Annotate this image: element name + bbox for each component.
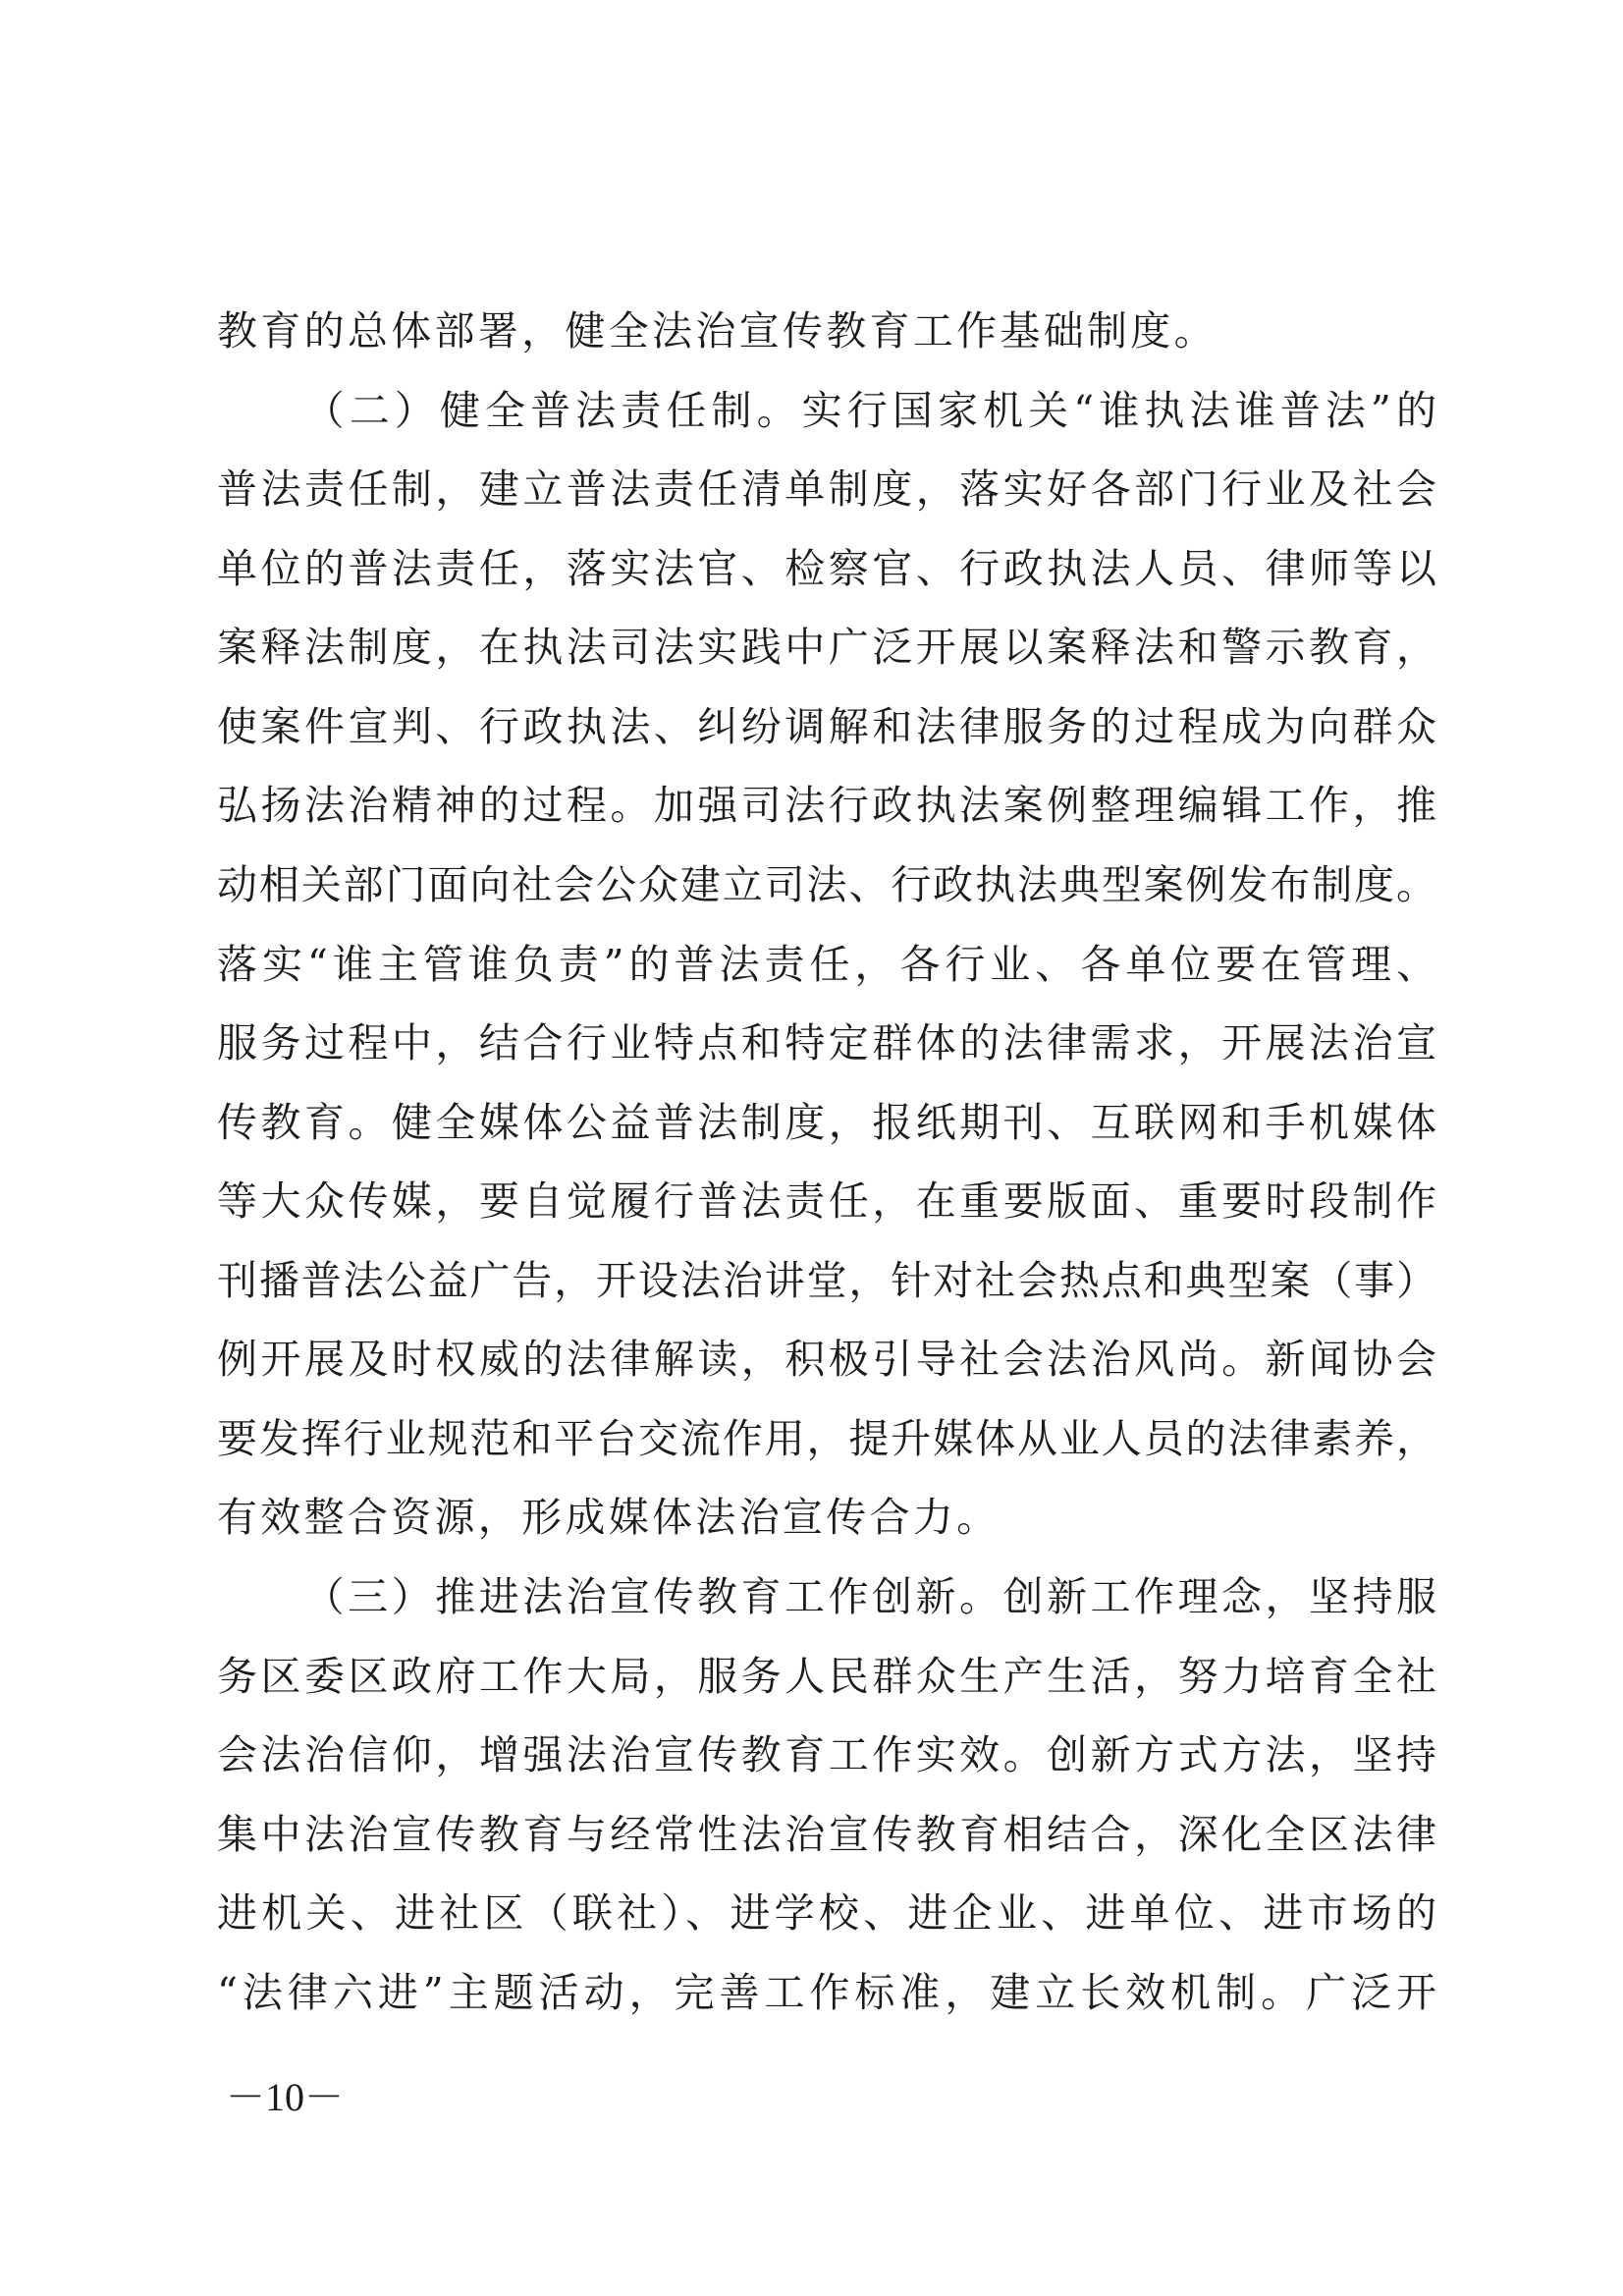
text-line: 使案件宣判、行政执法、纠纷调解和法律服务的过程成为向群众: [217, 687, 1436, 767]
text-line: 会法治信仰，增强法治宣传教育工作实效。创新方式方法，坚持: [217, 1716, 1436, 1795]
text-line: 传教育。健全媒体公益普法制度，报纸期刊、互联网和手机媒体: [217, 1083, 1436, 1163]
text-line: 案释法制度，在执法司法实践中广泛开展以案释法和警示教育，: [217, 608, 1436, 687]
text-line: 普法责任制，建立普法责任清单制度，落实好各部门行业及社会: [217, 450, 1436, 529]
text-line: 集中法治宣传教育与经常性法治宣传教育相结合，深化全区法律: [217, 1795, 1436, 1875]
text-line: 要发挥行业规范和平台交流作用，提升媒体从业人员的法律素养，: [217, 1399, 1436, 1479]
text-line: 例开展及时权威的法律解读，积极引导社会法治风尚。新闻协会: [217, 1320, 1436, 1399]
page-number: －10－: [226, 2076, 344, 2119]
body-text: 教育的总体部署，健全法治宣传教育工作基础制度。 （二）健全普法责任制。实行国家机…: [217, 292, 1436, 2032]
text-line: 动相关部门面向社会公众建立司法、行政执法典型案例发布制度。: [217, 846, 1436, 925]
text-line: 有效整合资源，形成媒体法治宣传合力。: [217, 1478, 1436, 1558]
section-heading-line: （二）健全普法责任制。实行国家机关“谁执法谁普法”的: [217, 371, 1436, 451]
text-line: 服务过程中，结合行业特点和特定群体的法律需求，开展法治宣: [217, 1004, 1436, 1083]
text-line: “法律六进”主题活动，完善工作标准，建立长效机制。广泛开: [217, 1953, 1436, 2033]
text-line: 单位的普法责任，落实法官、检察官、行政执法人员、律师等以: [217, 529, 1436, 609]
document-page: 教育的总体部署，健全法治宣传教育工作基础制度。 （二）健全普法责任制。实行国家机…: [0, 0, 1623, 2296]
text-line: 进机关、进社区（联社）、进学校、进企业、进单位、进市场的: [217, 1874, 1436, 1953]
section-heading-line: （三）推进法治宣传教育工作创新。创新工作理念，坚持服: [217, 1558, 1436, 1637]
text-line: 务区委区政府工作大局，服务人民群众生产生活，努力培育全社: [217, 1637, 1436, 1717]
text-line: 等大众传媒，要自觉履行普法责任，在重要版面、重要时段制作: [217, 1162, 1436, 1241]
text-line: 刊播普法公益广告，开设法治讲堂，针对社会热点和典型案（事）: [217, 1241, 1436, 1321]
text-line: 落实“谁主管谁负责”的普法责任，各行业、各单位要在管理、: [217, 925, 1436, 1005]
text-line: 教育的总体部署，健全法治宣传教育工作基础制度。: [217, 292, 1436, 371]
text-line: 弘扬法治精神的过程。加强司法行政执法案例整理编辑工作，推: [217, 766, 1436, 846]
